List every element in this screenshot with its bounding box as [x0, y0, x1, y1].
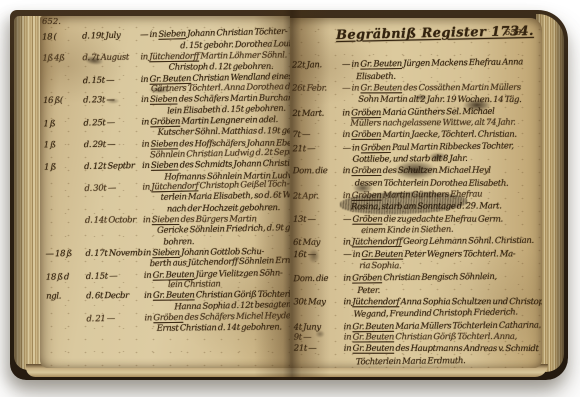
entry-text: in Gr. Beuten Maria Müllers Töchterlein …: [344, 320, 541, 332]
entry-text: bohren.: [143, 237, 194, 248]
entry-date: [84, 179, 142, 180]
entry-date: 2t Apr.: [293, 191, 343, 202]
fee-amount: [45, 213, 85, 214]
entry-date: 9t —: [294, 333, 344, 343]
entry-text: Rosina, starb am Sonntage d. 29. Mart.: [343, 201, 502, 212]
entry-text: einem Kinde in Siethen.: [343, 225, 453, 237]
entry-date: [86, 288, 144, 289]
entry-date: [83, 114, 141, 115]
entry-date: [293, 234, 343, 235]
entry-date: d. 6t Decbr: [86, 291, 144, 301]
photo-background: 652. 653. 18 (d. 19t July— in Sieben Joh…: [0, 0, 580, 397]
left-page-entries: 18 (d. 19t July— in Sieben Johann Christ…: [42, 28, 290, 337]
burial-entry-line: Wegand, Freundind Christoph Friederich.: [293, 307, 542, 322]
entry-text: Sohn Martin alt 2 Jahr. 19 Wochen. 14 Tä…: [342, 94, 521, 104]
entry-date: d. 21 —: [86, 314, 144, 325]
fee-amount: [44, 159, 84, 160]
entry-text: Gericke Söhnlein Friedrich, d. 9t ge-: [143, 223, 290, 236]
entry-date: [294, 317, 344, 318]
entry-text: in Gr. Beuten Christian Göriß Töchterl. …: [344, 332, 517, 343]
entry-text: — in Gr. Beuten Peter Wegners Töchterl. …: [343, 250, 515, 261]
entry-date: [85, 200, 143, 201]
entry-date: Dom. die: [293, 274, 343, 285]
page-number-right: 653.: [505, 28, 524, 38]
entry-text: in Gröben Maria Günthers Sel. Michael: [342, 106, 494, 118]
entry-text: Wegand, Freundind Christoph Friederich.: [343, 307, 517, 319]
entry-date: d. 14t Octobr: [85, 215, 143, 225]
burial-entry-line: Sohn Martin alt 2 Jahr. 19 Wochen. 14 Tä…: [292, 94, 542, 106]
entry-date: [84, 135, 142, 136]
entry-date: 21t —: [292, 144, 342, 155]
burial-entry-line: 6t Mayin Jütchendorff Georg Lehmann Söhn…: [293, 236, 542, 250]
entry-date: d. 29t —: [84, 140, 142, 150]
fee-amount: — 18 ß: [45, 249, 85, 259]
entry-date: 6t May: [293, 238, 343, 248]
fee-amount: [46, 289, 86, 290]
entry-text: in Jütchendorf Anna Sophia Schultzen und…: [343, 297, 542, 307]
fee-amount: [45, 202, 85, 203]
burial-entry-line: Töchterlein Maria Erdmuth.: [294, 355, 542, 368]
burial-entry-line: Ernst Christian d. 14t gebohren.: [47, 322, 290, 335]
entry-text: Kutscher Söhnl. Matthias d. 19t gebohr.: [142, 126, 290, 138]
entry-date: 2t Mart.: [292, 108, 342, 119]
burial-entry-line: 26t Febr.— in Gr. Beuten des Cossäthen M…: [292, 83, 542, 96]
entry-date: Dom. die: [293, 166, 343, 176]
fee-amount: [44, 136, 84, 137]
entry-text: Ernst Christian d. 14t gebohren.: [145, 322, 282, 333]
entry-date: 30t May: [293, 297, 343, 307]
entry-text: — in Gr. Beuten Jürgen Mackens Ehefrau A…: [342, 57, 523, 70]
left-page: 18 (d. 19t July— in Sieben Johann Christ…: [40, 16, 290, 368]
entry-date: 22t Jan.: [292, 60, 342, 71]
burial-entry-line: Dom. diein Gröben Christian Bengisch Söh…: [293, 271, 542, 286]
entry-date: [86, 310, 144, 311]
entry-date: [83, 92, 141, 93]
burial-entry-line: Dom. diein Gröben des Schultzen Michael …: [293, 165, 542, 178]
entry-text: — Gröben die zugedachte Ehefrau Germ.: [343, 214, 503, 224]
entry-date: d. 25t —: [83, 118, 141, 129]
entry-date: 4t Juny: [294, 322, 344, 332]
fee-amount: [43, 93, 83, 94]
entry-text: Peter.: [343, 286, 380, 296]
right-page: Begräbniß Register 1734. 22t Jan.— in Gr…: [290, 18, 542, 368]
fee-amount: ngl.: [46, 292, 86, 302]
fee-amount: 18 (: [42, 32, 82, 43]
entry-date: [85, 212, 143, 213]
entry-date: [85, 233, 143, 234]
entry-date: [294, 365, 344, 366]
entry-date: d. 23t —: [83, 95, 141, 106]
fee-amount: [46, 311, 86, 312]
entry-text: Müllers nachgelassene Wittwe, alt 74 Jah…: [342, 118, 515, 129]
entry-text: Töchterlein Maria Erdmuth.: [344, 356, 466, 367]
entry-date: 13t —: [293, 214, 343, 224]
fee-amount: [43, 83, 83, 84]
burial-entry-line: Rosina, starb am Sonntage d. 29. Mart.: [293, 201, 542, 214]
fee-amount: [46, 267, 86, 268]
entry-date: d. 12t Septbr: [84, 161, 142, 172]
entry-date: 16t —: [293, 250, 343, 260]
entry-text: in Gröben des Schultzen Michael Heyl: [343, 166, 491, 177]
entry-text: dessen Töchterlein Dorothea Elisabeth.: [343, 178, 509, 188]
burial-entry-line: 21t —in Gr. Beuten des Hauptmanns Andrea…: [294, 344, 542, 356]
fee-amount: [45, 234, 85, 235]
entry-text: Elisabeth.: [342, 72, 396, 82]
entry-date: 21t —: [294, 344, 344, 354]
entry-date: 26t Febr.: [292, 83, 342, 93]
entry-text: in Gröben Christian Bengisch Söhnlein,: [343, 272, 497, 284]
entry-text: in Gr. Beuten des Hauptmanns Andreas v. …: [344, 344, 539, 354]
entry-text: Gottliebe, und starb alt 8 Jahr.: [343, 154, 468, 165]
entry-text: in Jütchendorff Georg Lehmann Söhnl. Chr…: [343, 236, 534, 248]
entry-date: [84, 157, 142, 158]
fee-amount: 16 ß(: [43, 96, 83, 106]
entry-text: lein Christian: [144, 280, 221, 291]
fee-amount: [47, 321, 87, 322]
fee-amount: 1 ß: [44, 140, 84, 150]
entry-date: [87, 331, 145, 332]
fee-amount: [45, 191, 85, 192]
entry-text: in Jütchendorff Martin Löhmer Söhnl.: [140, 50, 287, 62]
entry-text: ria Sophia.: [343, 261, 401, 271]
entry-text: — in Gr. Beuten des Cossäthen Martin Mül…: [342, 83, 521, 94]
entry-text: terlein Maria Elisabeth, so d. 6t Woch.: [143, 190, 290, 203]
entry-text: in Gröben Martin Jaecke, Töchterl. Chris…: [342, 130, 516, 140]
burial-entry-line: 7t —in Gröben Martin Jaecke, Töchterl. C…: [292, 130, 542, 142]
entry-date: d. 7t August: [82, 52, 140, 63]
fee-amount: 1ß 4ß: [42, 53, 82, 64]
fee-amount: [42, 50, 82, 51]
fee-amount: [45, 246, 85, 247]
entry-text: — in Sieben Johann Christian Töchter-: [140, 27, 288, 40]
entry-text: in Sieben des Schmidts Johann Christian: [142, 158, 290, 170]
fee-amount: [43, 116, 83, 117]
entry-date: 7t —: [292, 130, 342, 140]
entry-date: d. 17t Novembr: [85, 248, 143, 259]
entry-text: — in Gröben Paul Martin Ribbeckes Tochte…: [342, 142, 513, 154]
entry-date: d. 19t July: [82, 30, 140, 41]
entry-text: Christoph d. 12t gebohren.: [141, 61, 274, 72]
entry-date: [86, 266, 144, 267]
entry-date: [82, 49, 140, 50]
right-page-entries: 22t Jan.— in Gr. Beuten Jürgen Mackens E…: [292, 58, 542, 368]
entry-date: [85, 245, 143, 246]
entry-text: in Gröben Martin Günthers Ehefrau: [343, 189, 482, 201]
page-number-left: 652.: [42, 17, 61, 27]
register-book: 652. 653. 18 (d. 19t July— in Sieben Joh…: [10, 10, 568, 380]
entry-text: nach der Hochzeit gebohren.: [143, 203, 280, 215]
fee-amount: 1 ß: [44, 162, 84, 173]
